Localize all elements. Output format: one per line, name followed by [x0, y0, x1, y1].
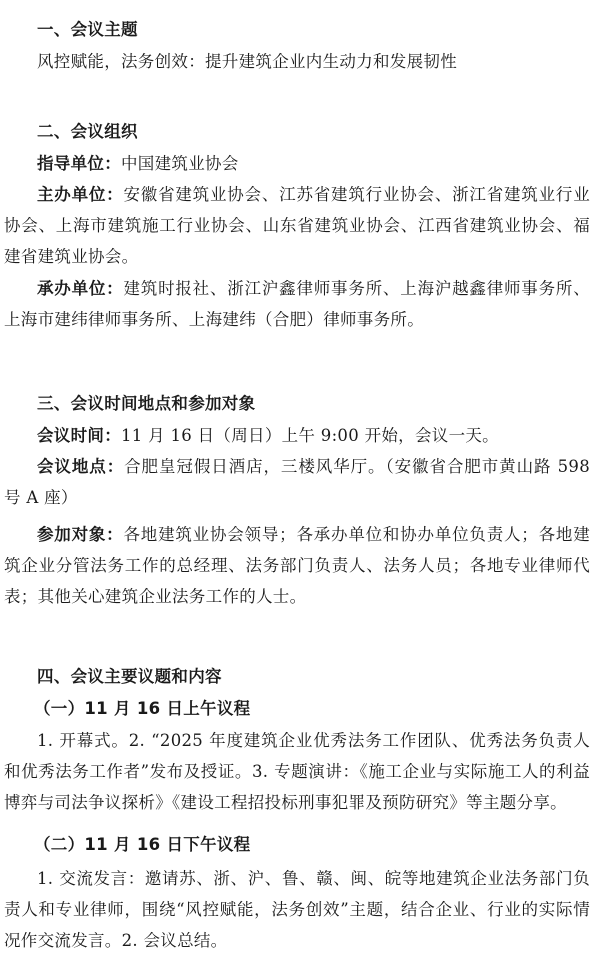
morning-agenda-title: （一）11 月 16 日上午议程: [4, 693, 590, 724]
guiding-unit-value: 中国建筑业协会: [121, 154, 239, 173]
guiding-unit: 指导单位：中国建筑业协会: [4, 148, 590, 179]
participants: 参加对象：各地建筑业协会领导；各承办单位和协办单位负责人；各地建筑企业分管法务工…: [4, 519, 590, 612]
section-1-heading: 一、会议主题: [4, 14, 590, 45]
section-3-heading: 三、会议时间地点和参加对象: [4, 388, 590, 419]
section-4-heading: 四、会议主要议题和内容: [4, 661, 590, 692]
document-page: 一、会议主题 风控赋能，法务创效：提升建筑企业内生动力和发展韧性 二、会议组织 …: [0, 0, 600, 977]
meeting-time: 会议时间：11 月 16 日（周日）上午 9:00 开始，会议一天。: [4, 420, 590, 451]
afternoon-agenda-title: （二）11 月 16 日下午议程: [4, 829, 590, 860]
morning-agenda-text: 1. 开幕式。2. “2025 年度建筑企业优秀法务工作团队、优秀法务负责人和优…: [4, 725, 590, 818]
section-1-theme: 风控赋能，法务创效：提升建筑企业内生动力和发展韧性: [4, 46, 590, 77]
participants-label: 参加对象：: [37, 525, 123, 544]
afternoon-agenda-text: 1. 交流发言：邀请苏、浙、沪、鲁、赣、闽、皖等地建筑企业法务部门负责人和专业律…: [4, 863, 590, 956]
meeting-venue: 会议地点：合肥皇冠假日酒店，三楼风华厅。（安徽省合肥市黄山路 598 号 A 座…: [4, 451, 590, 513]
host-units-label: 主办单位：: [37, 185, 123, 204]
organizer-units-label: 承办单位：: [37, 279, 123, 298]
meeting-time-label: 会议时间：: [37, 426, 121, 445]
meeting-time-value: 11 月 16 日（周日）上午 9:00 开始，会议一天。: [121, 426, 499, 445]
section-2-heading: 二、会议组织: [4, 116, 590, 147]
meeting-venue-label: 会议地点：: [37, 457, 124, 476]
organizer-units: 承办单位：建筑时报社、浙江沪鑫律师事务所、上海沪越鑫律师事务所、上海市建纬律师事…: [4, 273, 590, 335]
guiding-unit-label: 指导单位：: [37, 154, 121, 173]
host-units: 主办单位：安徽省建筑业协会、江苏省建筑行业协会、浙江省建筑业行业协会、上海市建筑…: [4, 179, 590, 272]
